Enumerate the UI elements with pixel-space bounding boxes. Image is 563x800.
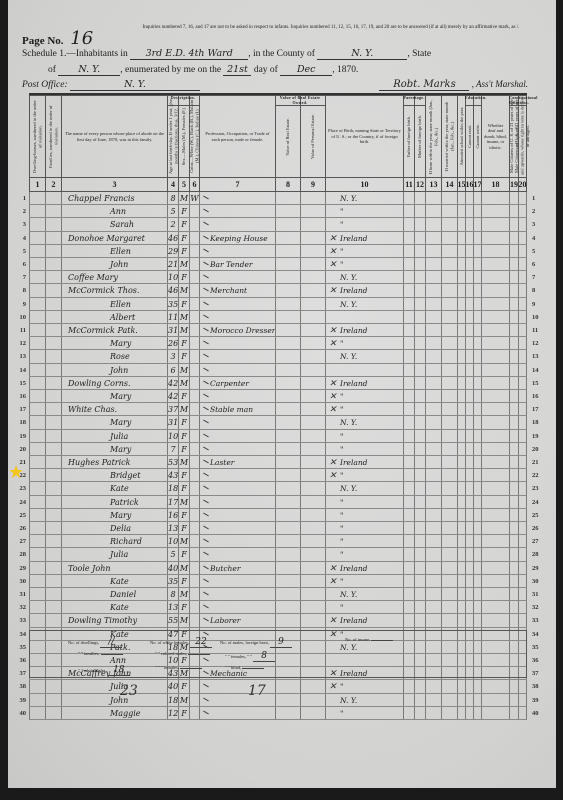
person-name-text: Delia	[110, 524, 131, 533]
table-row[interactable]: 1919Julia10F"	[29, 430, 527, 443]
cell	[457, 430, 465, 442]
cell	[414, 588, 425, 600]
cell	[518, 311, 527, 323]
occupation	[199, 548, 275, 560]
cell	[473, 509, 481, 521]
birthplace: N. Y.	[325, 298, 403, 310]
post-office-line: Post Office: N. Y.	[22, 79, 200, 91]
age: 17	[167, 496, 178, 508]
cell	[509, 443, 518, 455]
sex-text: F	[181, 682, 187, 691]
line-number: 4	[12, 232, 26, 245]
males-foreign-summary: No. of males, foreign born, 9	[220, 637, 292, 648]
cell	[465, 548, 473, 560]
color	[189, 535, 199, 547]
table-row[interactable]: 99Ellen35FN. Y.	[29, 298, 527, 311]
age-text: 35	[168, 577, 178, 586]
table-row[interactable]: 3131Daniel8MN. Y.	[29, 588, 527, 601]
table-row[interactable]: 11Chappel Francis8MWN. Y.	[29, 192, 527, 205]
column-header-6: Color.—White (W.), Black (B.), Mulatto (…	[189, 95, 199, 178]
cell	[465, 192, 473, 204]
cell	[518, 469, 527, 481]
cell	[300, 416, 325, 428]
occupation: Carpenter	[199, 377, 275, 389]
cell	[509, 614, 518, 626]
line-number-right: 28	[532, 548, 546, 561]
age-text: 37	[168, 405, 178, 414]
table-row[interactable]: 2424Patrick17M"	[29, 496, 527, 509]
cell	[29, 496, 45, 508]
occupation: Laster	[199, 456, 275, 468]
line-number-right: 18	[532, 416, 546, 429]
cell	[509, 575, 518, 587]
cell	[275, 575, 300, 587]
line-number: 34	[12, 628, 26, 641]
birthplace-text: "	[340, 339, 343, 348]
column-number-19: 19	[509, 178, 518, 192]
cell	[509, 284, 518, 296]
cell	[441, 614, 457, 626]
check-mark-icon: ✕	[329, 259, 337, 272]
occupation	[199, 205, 275, 217]
cell	[518, 575, 527, 587]
column-header-label: Cannot write.	[475, 124, 481, 149]
cell	[465, 258, 473, 270]
cell	[441, 548, 457, 560]
tick-mark	[203, 288, 209, 292]
age-text: 40	[168, 682, 178, 691]
table-row[interactable]: 2323Kate18FN. Y.	[29, 482, 527, 495]
line-number: 5	[12, 245, 26, 258]
birthplace-text: "	[340, 498, 343, 507]
table-row[interactable]: 1717White Chas.37MStable man✕"	[29, 403, 527, 416]
table-row[interactable]: 3838Julia40F✕"	[29, 680, 527, 693]
cell	[414, 258, 425, 270]
age: 35	[167, 575, 178, 587]
cell	[425, 430, 441, 442]
occupation	[199, 337, 275, 349]
line-number-right: 2	[532, 205, 546, 218]
birthplace-text: "	[340, 709, 343, 718]
cell	[45, 324, 61, 336]
birthplace: N. Y.	[325, 588, 403, 600]
cell	[441, 271, 457, 283]
table-row[interactable]: 2525Mary16F"	[29, 509, 527, 522]
column-header-10: Place of Birth, naming State or Territor…	[325, 95, 403, 178]
tick-mark	[203, 565, 209, 569]
cell	[275, 456, 300, 468]
sex: M	[178, 496, 189, 508]
person-name-text: White Chas.	[68, 405, 117, 414]
cell	[29, 443, 45, 455]
person-name-text: Mary	[110, 418, 131, 427]
table-row[interactable]: 3939John18MN. Y.	[29, 694, 527, 707]
cell	[473, 403, 481, 415]
person-name: Sarah	[61, 218, 167, 230]
table-row[interactable]: 2121Hughes Patrick53MLaster✕Ireland	[29, 456, 527, 469]
table-row[interactable]: 33Sarah2F"	[29, 218, 527, 231]
sex: F	[178, 245, 189, 257]
person-name: Bridget	[61, 469, 167, 481]
instructions-note: Inquiries numbered 7, 16, and 17 are not…	[121, 25, 541, 31]
cell	[518, 430, 527, 442]
cell	[425, 350, 441, 362]
line-number-right: 29	[532, 562, 546, 575]
person-name: McCormick Thos.	[61, 284, 167, 296]
line-number: 3	[12, 218, 26, 231]
cell	[465, 509, 473, 521]
table-row[interactable]: 1010Albert11M	[29, 311, 527, 324]
page-number-label: Page No. 16	[22, 28, 93, 49]
cell	[509, 522, 518, 534]
occupation	[199, 271, 275, 283]
sex: M	[178, 364, 189, 376]
cell	[441, 350, 457, 362]
occupation	[199, 575, 275, 587]
cell	[300, 377, 325, 389]
cell	[509, 205, 518, 217]
age-text: 5	[170, 207, 175, 216]
column-header-label: Place of Birth, naming State or Territor…	[328, 128, 401, 145]
birthplace: "	[325, 205, 403, 217]
person-name: Ellen	[61, 298, 167, 310]
table-row[interactable]: 22Ann5F"	[29, 205, 527, 218]
cell	[465, 456, 473, 468]
cell	[275, 377, 300, 389]
column-header-18: Whether deaf and dumb, blind, insane, or…	[481, 95, 509, 178]
cell	[481, 707, 509, 719]
sex: M	[178, 324, 189, 336]
table-row[interactable]: 1414John6M	[29, 364, 527, 377]
tick-mark	[203, 275, 209, 279]
sex-text: F	[181, 418, 187, 427]
person-name-text: Ellen	[110, 300, 131, 309]
cell	[275, 680, 300, 692]
line-number: 10	[12, 311, 26, 324]
page-label: Page No.	[22, 35, 64, 47]
line-number-right: 5	[532, 245, 546, 258]
schedule-label: Schedule 1.—Inhabitants in	[22, 49, 128, 59]
cell	[414, 245, 425, 257]
line-number: 40	[12, 707, 26, 720]
cell	[29, 482, 45, 494]
color	[189, 548, 199, 560]
cell	[45, 284, 61, 296]
cell	[518, 337, 527, 349]
table-row[interactable]: 2626Delia13F"	[29, 522, 527, 535]
table-row[interactable]: 88McCormick Thos.46MMerchant✕Ireland	[29, 284, 527, 297]
cell	[414, 680, 425, 692]
table-row[interactable]: 3232Kate13F"	[29, 601, 527, 614]
cell	[414, 469, 425, 481]
age-text: 18	[168, 484, 178, 493]
cell	[425, 562, 441, 574]
age-text: 11	[168, 313, 178, 322]
line-number-right: 36	[532, 654, 546, 667]
cell	[481, 390, 509, 402]
cell	[509, 364, 518, 376]
cell	[473, 707, 481, 719]
blind-label: " " blind,	[225, 665, 241, 670]
cell	[425, 364, 441, 376]
line-number-right: 23	[532, 482, 546, 495]
cell	[275, 482, 300, 494]
cell	[457, 614, 465, 626]
cell	[441, 522, 457, 534]
cell	[465, 707, 473, 719]
cell	[473, 192, 481, 204]
person-name-text: Maggie	[110, 709, 141, 718]
sex: F	[178, 707, 189, 719]
cell	[275, 205, 300, 217]
cell	[441, 403, 457, 415]
column-number-14: 14	[441, 178, 457, 192]
table-row[interactable]: 3333Dowling Timothy55MLaborer✕Ireland	[29, 614, 527, 627]
cell	[465, 364, 473, 376]
cell	[45, 271, 61, 283]
sex-text: M	[180, 458, 188, 467]
line-number: 16	[12, 390, 26, 403]
occupation: Keeping House	[199, 232, 275, 244]
cell	[403, 443, 414, 455]
person-name: Julia	[61, 430, 167, 442]
check-mark-icon: ✕	[329, 470, 337, 483]
cell	[481, 311, 509, 323]
person-name-text: Patrick	[110, 498, 139, 507]
star-icon[interactable]: ★	[8, 463, 24, 481]
color	[189, 403, 199, 415]
occupation	[199, 522, 275, 534]
sex-text: M	[180, 616, 188, 625]
cell	[457, 377, 465, 389]
line-number: 37	[12, 667, 26, 680]
cell	[441, 390, 457, 402]
cell	[414, 350, 425, 362]
cell	[457, 218, 465, 230]
cell	[465, 443, 473, 455]
person-name-text: Julia	[110, 550, 128, 559]
table-row[interactable]: 2828Julia5F"	[29, 548, 527, 561]
cell	[403, 496, 414, 508]
birthplace: "	[325, 218, 403, 230]
line-number: 32	[12, 601, 26, 614]
cell	[465, 218, 473, 230]
cell	[300, 469, 325, 481]
cell	[300, 324, 325, 336]
column-number-10: 10	[325, 178, 403, 192]
person-name-text: Ellen	[110, 247, 131, 256]
cell	[300, 694, 325, 706]
cell	[518, 588, 527, 600]
table-row[interactable]: 55Ellen29F✕"	[29, 245, 527, 258]
table-row[interactable]: 66John21MBar Tender✕"	[29, 258, 527, 271]
person-name: Ellen	[61, 245, 167, 257]
cell	[414, 377, 425, 389]
sex-text: F	[181, 352, 187, 361]
sex: F	[178, 509, 189, 521]
cell	[457, 680, 465, 692]
birthplace-text: N. Y.	[340, 590, 357, 599]
person-name: Dowling Corns.	[61, 377, 167, 389]
sex-text: M	[180, 498, 188, 507]
birthplace: ✕Ireland	[325, 377, 403, 389]
marshal-line: Robt. Marks , Ass't Marshal.	[379, 79, 528, 91]
check-mark-icon: ✕	[329, 563, 337, 576]
cell	[275, 443, 300, 455]
table-row[interactable]: 1818Mary31FN. Y.	[29, 416, 527, 429]
birthplace: "	[325, 496, 403, 508]
birthplace: ✕Ireland	[325, 456, 403, 468]
birthplace-text: N. Y.	[340, 352, 357, 361]
line-number-right: 32	[532, 601, 546, 614]
table-row[interactable]: 4040Maggie12F"	[29, 707, 527, 720]
sex: F	[178, 430, 189, 442]
cell	[403, 218, 414, 230]
cell	[481, 430, 509, 442]
color: W	[189, 192, 199, 204]
cell	[275, 548, 300, 560]
birthplace: N. Y.	[325, 271, 403, 283]
column-header-label: Profession, Occupation, or Trade of each…	[202, 131, 273, 142]
tick-mark	[203, 380, 209, 384]
of-label: of	[48, 65, 56, 75]
tick-mark	[203, 367, 209, 371]
cell	[465, 496, 473, 508]
cell	[300, 562, 325, 574]
line-number: 38	[12, 680, 26, 693]
cell	[275, 430, 300, 442]
table-row[interactable]: 2929Toole John40MButcher✕Ireland	[29, 562, 527, 575]
cell	[509, 192, 518, 204]
cell	[518, 614, 527, 626]
table-row[interactable]: 2020Mary7F"	[29, 443, 527, 456]
color	[189, 377, 199, 389]
age-text: 46	[168, 234, 178, 243]
cell	[414, 324, 425, 336]
table-row[interactable]: 44Donohoe Margaret46FKeeping House✕Irela…	[29, 232, 527, 245]
line-number-right: 13	[532, 350, 546, 363]
line-number: 8	[12, 284, 26, 297]
column-header-label: Dwelling-houses, numbered in the order o…	[32, 98, 43, 175]
cell	[465, 245, 473, 257]
color	[189, 390, 199, 402]
birthplace-text: "	[340, 405, 343, 414]
table-row[interactable]: 1616Mary42F✕"	[29, 390, 527, 403]
tick-mark	[203, 235, 209, 239]
cell	[457, 390, 465, 402]
cell	[45, 364, 61, 376]
cell	[425, 377, 441, 389]
table-row[interactable]: 1212Mary26F✕"	[29, 337, 527, 350]
line-number-right: 6	[532, 258, 546, 271]
cell	[509, 311, 518, 323]
tick-mark	[203, 407, 209, 411]
cell	[481, 496, 509, 508]
birthplace	[325, 364, 403, 376]
column-number-6: 6	[189, 178, 199, 192]
cell	[275, 218, 300, 230]
cell	[441, 311, 457, 323]
birthplace-text: N. Y.	[340, 696, 357, 705]
cell	[300, 298, 325, 310]
birthplace: "	[325, 522, 403, 534]
birthplace-text: N. Y.	[340, 300, 357, 309]
cell	[414, 456, 425, 468]
month-field: Dec	[280, 64, 332, 76]
line-number: 24	[12, 496, 26, 509]
table-row[interactable]: 2222Bridget43F✕"	[29, 469, 527, 482]
sex-text: F	[181, 709, 187, 718]
sex-text: F	[181, 445, 187, 454]
colored-females-value	[180, 668, 202, 669]
cell	[414, 707, 425, 719]
cell	[473, 350, 481, 362]
marshal-label: , Ass't Marshal.	[472, 79, 528, 89]
cell	[457, 456, 465, 468]
cell	[481, 456, 509, 468]
cell	[425, 232, 441, 244]
cell	[300, 403, 325, 415]
cell	[518, 403, 527, 415]
column-number-17: 17	[473, 178, 481, 192]
cell	[45, 694, 61, 706]
age: 53	[167, 456, 178, 468]
line-number: 31	[12, 588, 26, 601]
person-name-text: Dowling Corns.	[68, 379, 131, 388]
table-row[interactable]: 1515Dowling Corns.42MCarpenter✕Ireland	[29, 377, 527, 390]
occupation-text: Butcher	[210, 564, 240, 573]
cell	[465, 522, 473, 534]
age: 37	[167, 403, 178, 415]
cell	[465, 350, 473, 362]
cell	[441, 258, 457, 270]
cell	[300, 509, 325, 521]
table-row[interactable]: 77Coffee Mary10FN. Y.	[29, 271, 527, 284]
post-office-label: Post Office:	[22, 80, 68, 90]
cell	[481, 258, 509, 270]
enumerated-label: , enumerated by me on the	[120, 65, 221, 75]
cell	[29, 390, 45, 402]
cell	[403, 205, 414, 217]
check-mark-icon: ✕	[329, 338, 337, 351]
cell	[441, 535, 457, 547]
cell	[300, 588, 325, 600]
color	[189, 522, 199, 534]
age: 40	[167, 680, 178, 692]
color-text: W	[190, 194, 198, 203]
table-row[interactable]: 2727Richard10M"	[29, 535, 527, 548]
table-row[interactable]: 3030Kate35F✕"	[29, 575, 527, 588]
table-row[interactable]: 1313Rose3FN. Y.	[29, 350, 527, 363]
cell	[457, 350, 465, 362]
cell	[275, 232, 300, 244]
line-number: 7	[12, 271, 26, 284]
birthplace: ✕Ireland	[325, 284, 403, 296]
age-text: 10	[168, 432, 178, 441]
sex: F	[178, 298, 189, 310]
cell	[414, 403, 425, 415]
table-row[interactable]: 1111McCormick Patk.31MMorocco Dresser✕Ir…	[29, 324, 527, 337]
column-header-label: Value of Real Estate.	[285, 118, 291, 156]
person-name: Donohoe Margaret	[61, 232, 167, 244]
birthplace-text: N. Y.	[340, 484, 357, 493]
cell	[414, 548, 425, 560]
cell	[441, 443, 457, 455]
color	[189, 258, 199, 270]
cell	[441, 298, 457, 310]
blind-value	[242, 668, 264, 669]
age: 5	[167, 548, 178, 560]
